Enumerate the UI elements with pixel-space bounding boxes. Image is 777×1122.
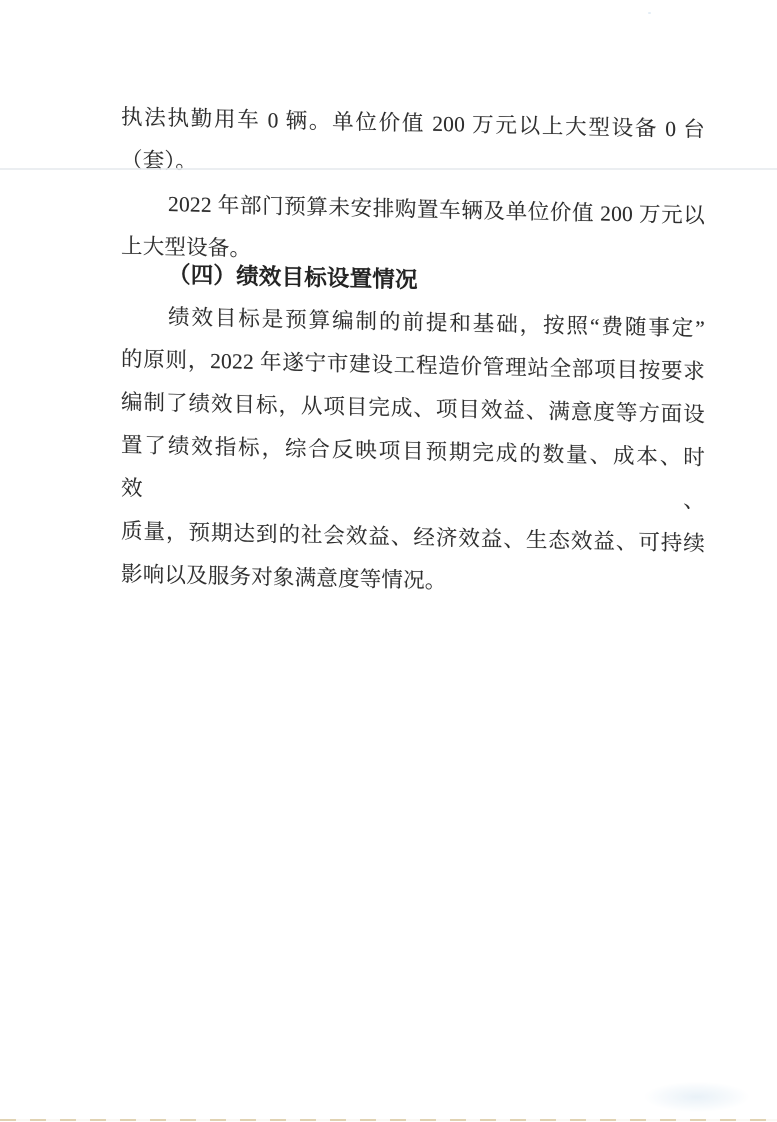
scanned-document-page: 执法执勤用车 0 辆。单位价值 200 万元以上大型设备 0 台（套）。2022… [0,0,777,1122]
paragraph: 执法执勤用车 0 辆。单位价值 200 万元以上大型设备 0 台（套）。 [121,96,705,195]
scan-bottom-edge-artifact [0,1119,777,1121]
paragraph: 绩效目标是预算编制的前提和基础，按照“费随事定”的原则，2022 年遂宁市建设工… [121,295,705,609]
scan-speck-artifact [648,12,651,14]
text-line: 置了绩效指标，综合反映项目预期完成的数量、成本、时效、 [121,424,705,523]
scan-streak-artifact [0,168,777,170]
scan-smudge-artifact [645,1082,749,1112]
document-text-block: 执法执勤用车 0 辆。单位价值 200 万元以上大型设备 0 台（套）。2022… [121,96,705,609]
